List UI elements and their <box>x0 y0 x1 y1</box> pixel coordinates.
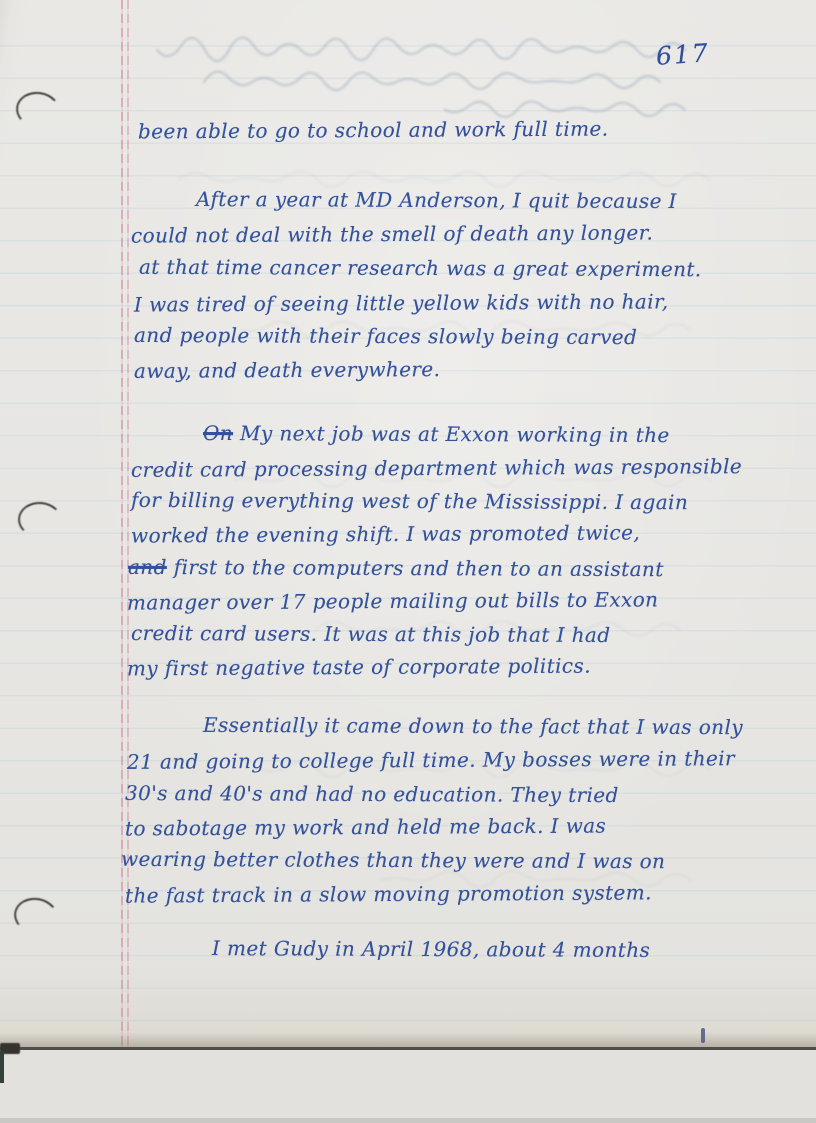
handwritten-line: away, and death everywhere. <box>134 357 441 383</box>
paper-bottom-edge <box>0 1047 816 1050</box>
handwritten-line: could not deal with the smell of death a… <box>131 220 653 247</box>
handwritten-line: worked the evening shift. I was promoted… <box>131 520 640 547</box>
handwritten-line: at that time cancer research was a great… <box>139 255 702 281</box>
handwritten-line: 21 and going to college full time. My bo… <box>127 746 735 774</box>
handwritten-line: been able to go to school and work full … <box>138 117 609 144</box>
paper-edge-shadow <box>0 1032 816 1047</box>
scan-bottom-strip <box>0 1118 816 1123</box>
page-number: 617 <box>655 38 711 71</box>
ink-smudge <box>701 1028 705 1043</box>
handwritten-line: credit card processing department which … <box>131 454 742 482</box>
struck-word: and <box>128 555 167 579</box>
scanned-handwritten-page: 617 been able to go to school and work f… <box>0 0 816 1123</box>
handwritten-line: for billing everything west of the Missi… <box>131 488 688 514</box>
scanner-background <box>0 1050 816 1123</box>
handwritten-line: wearing better clothes than they were an… <box>121 847 665 873</box>
handwritten-line: I met Gudy in April 1968, about 4 months <box>212 936 650 962</box>
handwritten-line: and people with their faces slowly being… <box>134 323 637 349</box>
paper-edge-dark-mark <box>0 1051 4 1083</box>
handwritten-line: andfirst to the computers and then to an… <box>128 555 664 581</box>
handwritten-line: the fast track in a slow moving promotio… <box>125 880 652 907</box>
handwritten-line: OnMy next job was at Exxon working in th… <box>203 421 670 447</box>
bleed-through-ghost-text <box>70 30 690 120</box>
line-text: My next job was at Exxon working in the <box>240 421 670 447</box>
handwritten-line: After a year at MD Anderson, I quit beca… <box>196 187 677 213</box>
handwritten-line: 30's and 40's and had no education. They… <box>125 781 619 807</box>
handwritten-line: manager over 17 people mailing out bills… <box>127 587 659 614</box>
handwritten-line: my first negative taste of corporate pol… <box>127 654 591 681</box>
line-text: first to the computers and then to an as… <box>174 555 664 581</box>
handwritten-line: I was tired of seeing little yellow kids… <box>134 289 669 316</box>
handwritten-line: to sabotage my work and held me back. I … <box>125 814 606 841</box>
handwritten-line: Essentially it came down to the fact tha… <box>203 713 743 739</box>
handwritten-line: credit card users. It was at this job th… <box>131 621 611 647</box>
struck-word: On <box>203 421 233 445</box>
